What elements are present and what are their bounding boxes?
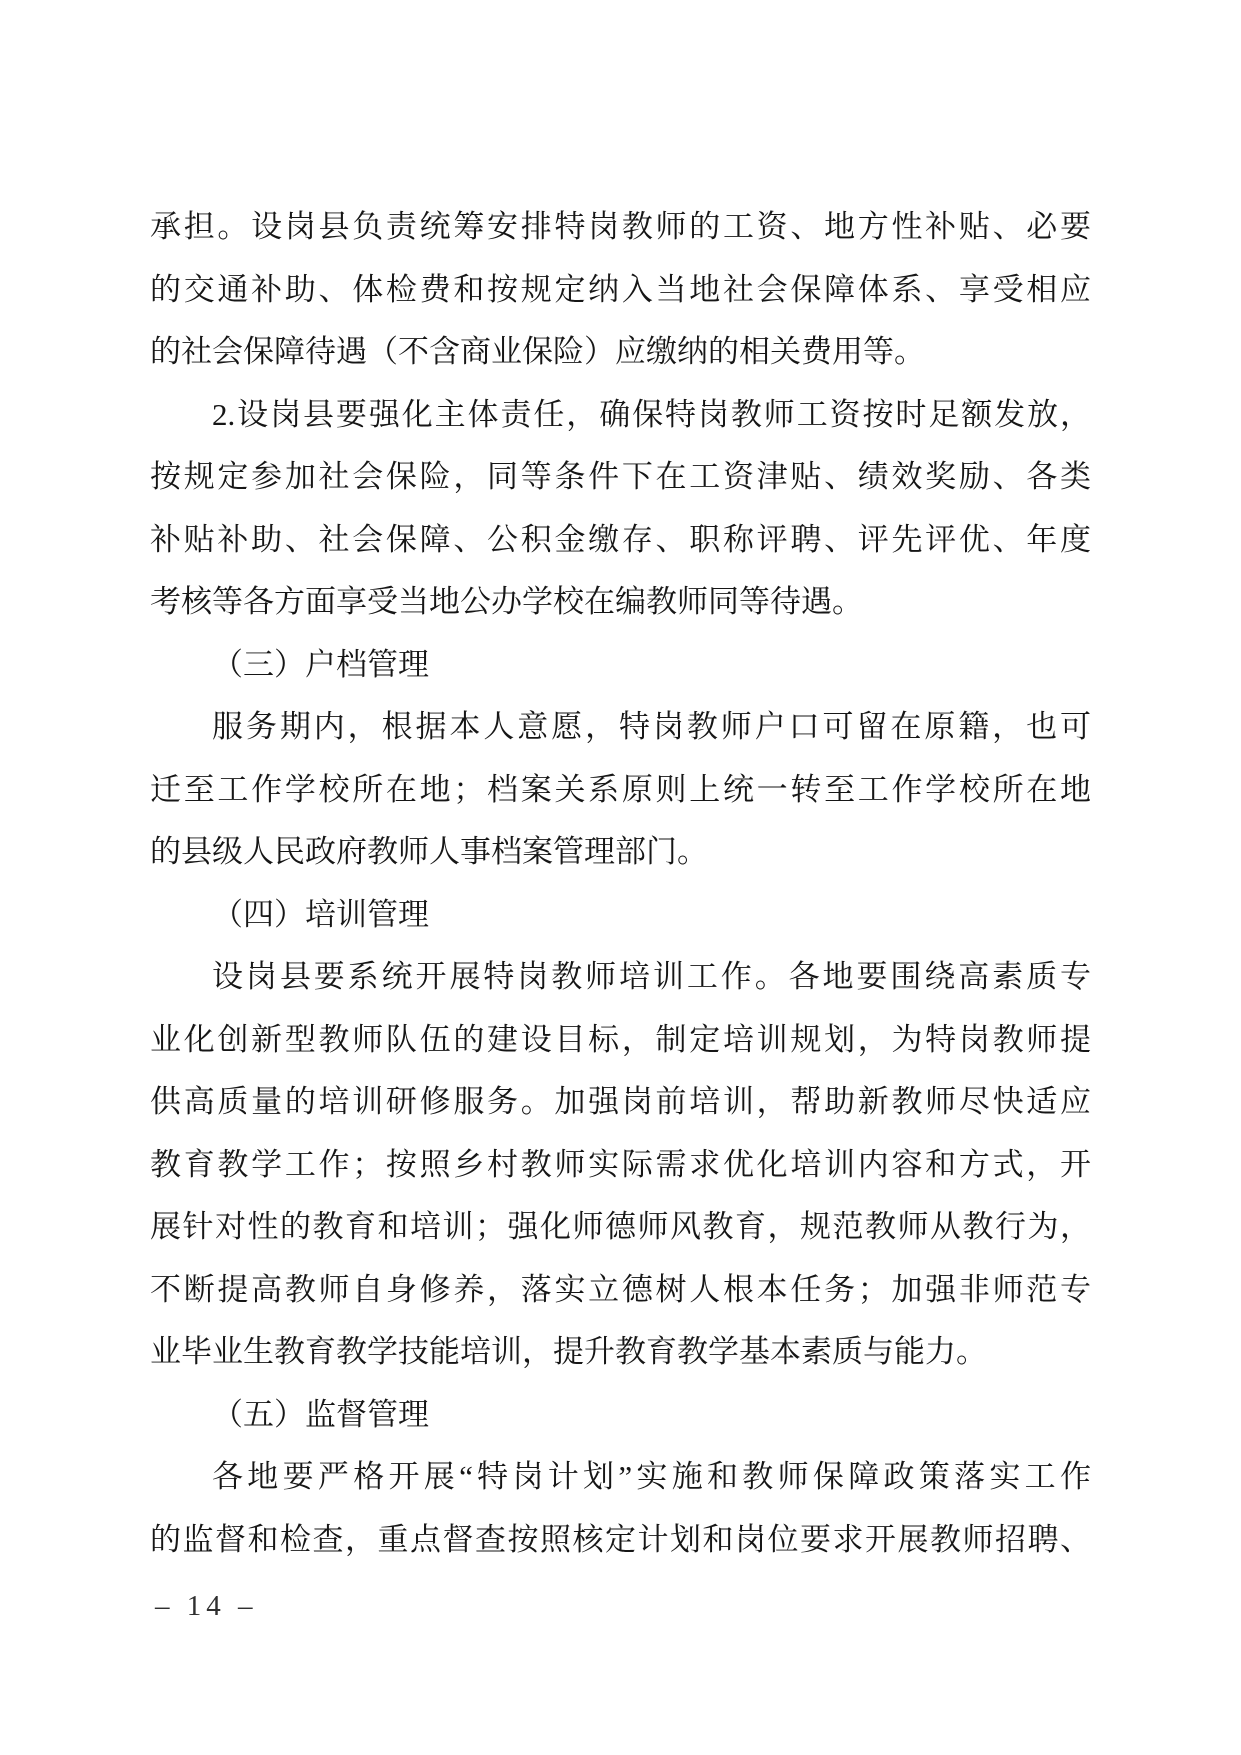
body-line: 迁至工作学校所在地；档案关系原则上统一转至工作学校所在地 (150, 759, 1091, 822)
body-line: 教育教学工作；按照乡村教师实际需求优化培训内容和方式，开 (150, 1134, 1091, 1197)
body-line: 的社会保障待遇（不含商业保险）应缴纳的相关费用等。 (150, 321, 1091, 384)
body-line: 供高质量的培训研修服务。加强岗前培训，帮助新教师尽快适应 (150, 1071, 1091, 1134)
body-line: 各地要严格开展“特岗计划”实施和教师保障政策落实工作 (150, 1446, 1091, 1509)
body-line: 的监督和检查，重点督查按照核定计划和岗位要求开展教师招聘、 (150, 1509, 1091, 1572)
section-heading: （三）户档管理 (150, 634, 1091, 697)
section-heading: （五）监督管理 (150, 1384, 1091, 1447)
body-line: 的县级人民政府教师人事档案管理部门。 (150, 821, 1091, 884)
body-line: 的交通补助、体检费和按规定纳入当地社会保障体系、享受相应 (150, 259, 1091, 322)
body-line: 业化创新型教师队伍的建设目标，制定培训规划，为特岗教师提 (150, 1009, 1091, 1072)
body-line: 设岗县要系统开展特岗教师培训工作。各地要围绕高素质专 (150, 946, 1091, 1009)
body-line: 按规定参加社会保险，同等条件下在工资津贴、绩效奖励、各类 (150, 446, 1091, 509)
body-line: 展针对性的教育和培训；强化师德师风教育，规范教师从教行为， (150, 1196, 1091, 1259)
body-line: 服务期内，根据本人意愿，特岗教师户口可留在原籍，也可 (150, 696, 1091, 759)
section-heading: （四）培训管理 (150, 884, 1091, 947)
document-page: 承担。设岗县负责统筹安排特岗教师的工资、地方性补贴、必要 的交通补助、体检费和按… (0, 0, 1241, 1755)
body-line: 2.设岗县要强化主体责任，确保特岗教师工资按时足额发放， (150, 384, 1091, 447)
body-line: 业毕业生教育教学技能培训，提升教育教学基本素质与能力。 (150, 1321, 1091, 1384)
body-line: 考核等各方面享受当地公办学校在编教师同等待遇。 (150, 571, 1091, 634)
text-block: 承担。设岗县负责统筹安排特岗教师的工资、地方性补贴、必要 的交通补助、体检费和按… (150, 196, 1091, 1571)
body-line: 承担。设岗县负责统筹安排特岗教师的工资、地方性补贴、必要 (150, 196, 1091, 259)
body-line: 不断提高教师自身修养，落实立德树人根本任务；加强非师范专 (150, 1259, 1091, 1322)
page-number: – 14 – (155, 1586, 258, 1626)
body-line: 补贴补助、社会保障、公积金缴存、职称评聘、评先评优、年度 (150, 509, 1091, 572)
